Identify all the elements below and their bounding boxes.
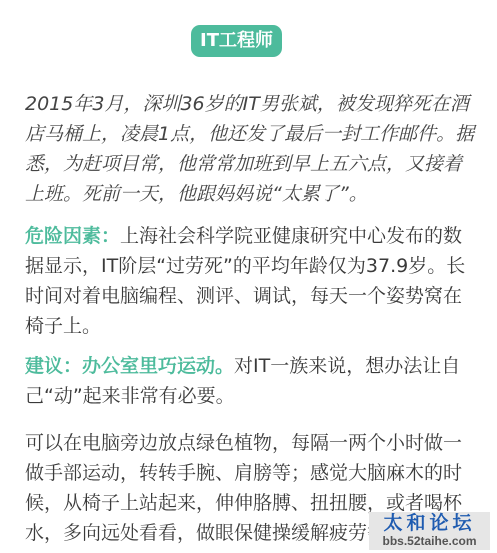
- section-badge: IT工程师: [191, 25, 282, 57]
- risk-label: 危险因素：: [25, 225, 120, 247]
- watermark-url: bbs.52taihe.com: [369, 534, 490, 548]
- watermark-title: 太和论坛: [369, 512, 490, 534]
- story-paragraph: 2015年3月，深圳36岁的IT男张斌，被发现猝死在酒店马桶上，凌晨1点，他还发…: [25, 89, 475, 209]
- advice-paragraph: 建议：办公室里巧运动。对IT一族来说，想办法让自己“动”起来非常有必要。: [25, 351, 475, 411]
- risk-paragraph: 危险因素：上海社会科学院亚健康研究中心发布的数据显示，IT阶层“过劳死”的平均年…: [25, 221, 475, 341]
- advice-label: 建议：办公室里巧运动。: [25, 355, 234, 377]
- forum-watermark: 太和论坛 bbs.52taihe.com: [369, 512, 490, 550]
